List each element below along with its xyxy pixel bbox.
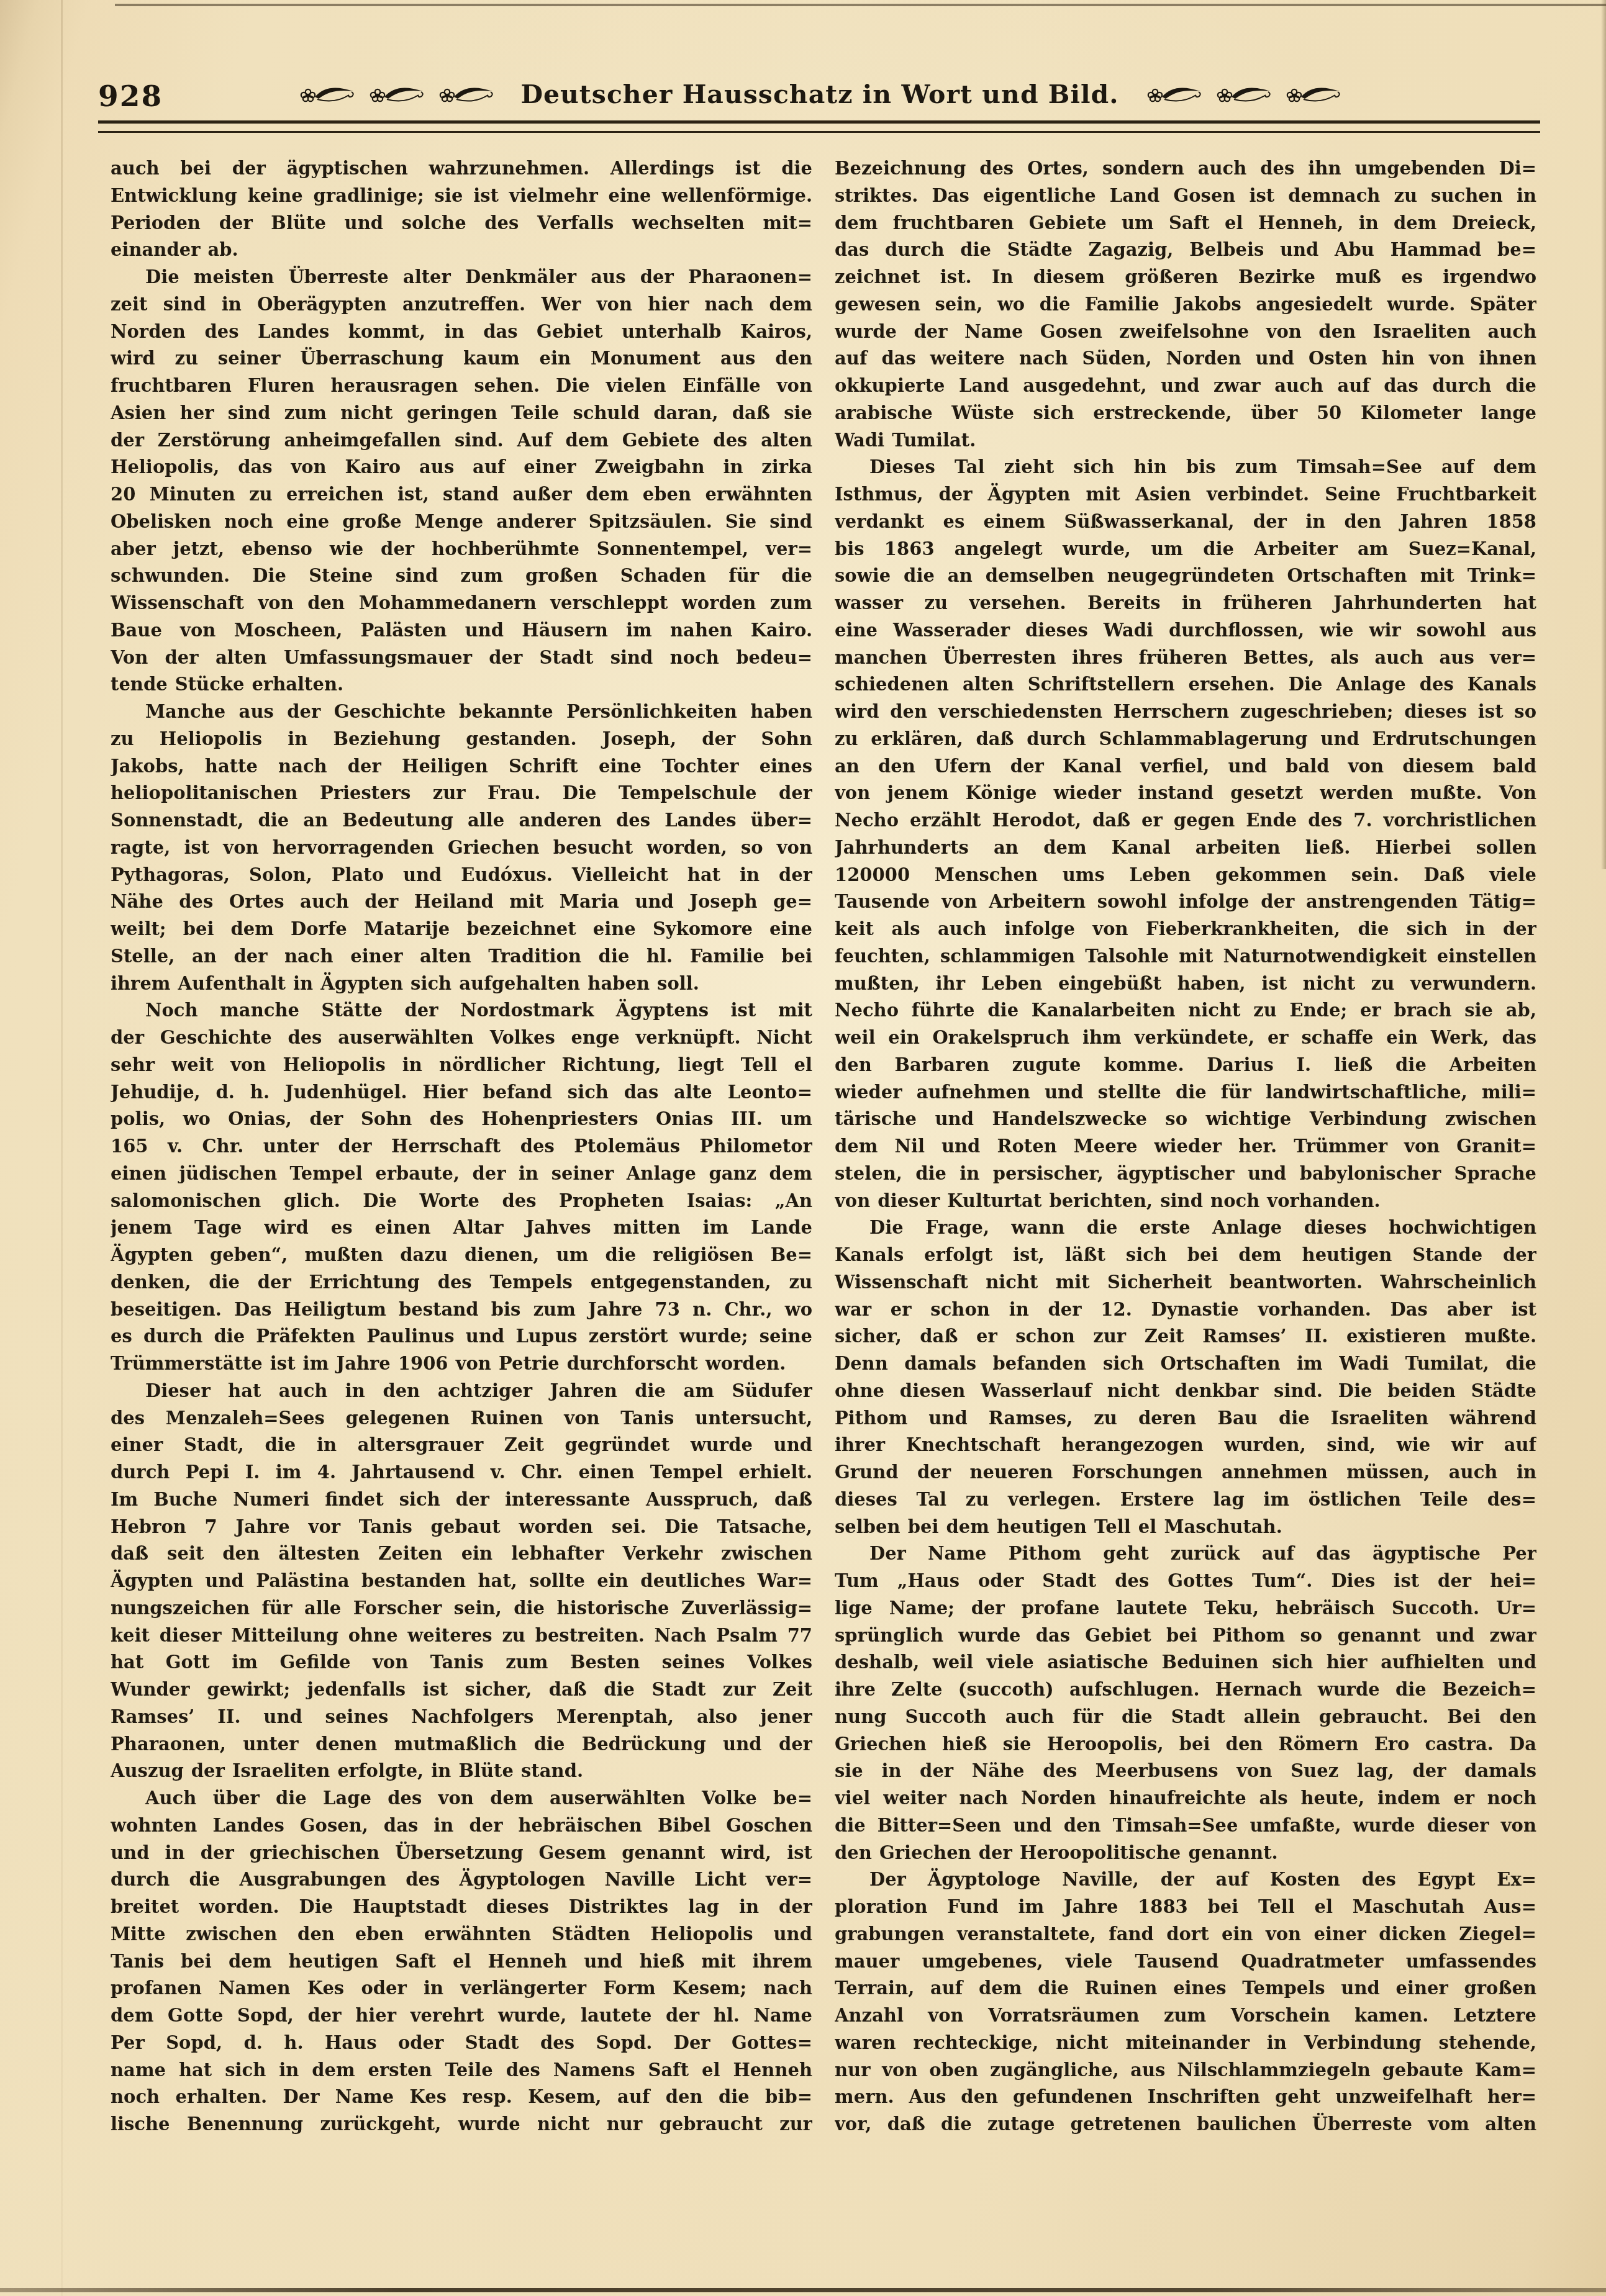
scan-edge-bottom — [0, 2288, 1606, 2292]
text-line: dem fruchtbaren Gebiete um Saft el Henne… — [835, 210, 1536, 237]
text-line: Necho erzählt Herodot, daß er gegen Ende… — [835, 807, 1536, 834]
text-line: 120000 Menschen ums Leben gekommen sein.… — [835, 862, 1536, 889]
text-line: grabungen veranstaltete, fand dort ein v… — [835, 1921, 1536, 1948]
text-line: Pharaonen, unter denen mutmaßlich die Be… — [111, 1731, 812, 1758]
text-line: den Griechen der Heroopolitische genannt… — [835, 1840, 1536, 1867]
text-line: Mitte zwischen den eben erwähnten Städte… — [111, 1921, 812, 1948]
text-line: Jakobs, hatte nach der Heiligen Schrift … — [111, 753, 812, 780]
text-line: 20 Minuten zu erreichen ist, stand außer… — [111, 481, 812, 508]
floral-flourish-icon — [437, 84, 494, 105]
text-line: Von der alten Umfassungsmauer der Stadt … — [111, 644, 812, 672]
text-line: durch die Ausgrabungen des Ägyptologen N… — [111, 1866, 812, 1894]
text-line: wohnten Landes Gosen, das in der hebräis… — [111, 1812, 812, 1840]
text-line: ihrem Aufenthalt in Ägypten sich aufgeha… — [111, 970, 812, 998]
text-line: Auch über die Lage des von dem auserwähl… — [111, 1785, 812, 1812]
text-line: Anzahl von Vorratsräumen zum Vorschein k… — [835, 2002, 1536, 2030]
text-line: durch Pepi I. im 4. Jahrtausend v. Chr. … — [111, 1459, 812, 1486]
text-line: Ramses’ II. und seines Nachfolgers Meren… — [111, 1704, 812, 1731]
floral-flourish-icon — [368, 84, 425, 105]
text-line: Perioden der Blüte und solche des Verfal… — [111, 210, 812, 237]
text-line: wieder aufnehmen und stellte die für lan… — [835, 1079, 1536, 1106]
text-line: striktes. Das eigentliche Land Gosen ist… — [835, 183, 1536, 210]
text-line: nungszeichen für alle Forscher sein, die… — [111, 1595, 812, 1622]
text-line: Pythagoras, Solon, Plato und Eudóxus. Vi… — [111, 862, 812, 889]
text-line: mauer umgebenes, viele Tausend Quadratme… — [835, 1948, 1536, 1976]
text-line: an den Ufern der Kanal verfiel, und bald… — [835, 753, 1536, 780]
text-line: den Barbaren zugute komme. Darius I. lie… — [835, 1052, 1536, 1079]
text-line: Jahrhunderts an dem Kanal arbeiten ließ.… — [835, 834, 1536, 862]
text-line: der Zerstörung anheimgefallen sind. Auf … — [111, 427, 812, 454]
text-line: lige Name; der profane lautete Teku, heb… — [835, 1595, 1536, 1622]
text-line: Heliopolis, das von Kairo aus auf einer … — [111, 454, 812, 481]
text-line: nung Succoth auch für die Stadt allein g… — [835, 1704, 1536, 1731]
text-line: eine Wasserader dieses Wadi durchflossen… — [835, 617, 1536, 644]
text-line: breitet worden. Die Hauptstadt dieses Di… — [111, 1894, 812, 1921]
text-line: wird den verschiedensten Herrschern zuge… — [835, 698, 1536, 726]
text-line: salomonischen glich. Die Worte des Proph… — [111, 1188, 812, 1215]
text-line: Baue von Moscheen, Palästen und Häusern … — [111, 617, 812, 644]
text-line: zeichnet ist. In diesem größeren Bezirke… — [835, 264, 1536, 291]
text-line: ragte, ist von hervorragenden Griechen b… — [111, 834, 812, 862]
text-line: Hebron 7 Jahre vor Tanis gebaut worden s… — [111, 1514, 812, 1541]
text-line: von dieser Kulturtat berichten, sind noc… — [835, 1188, 1536, 1215]
text-line: ihrer Knechtschaft herangezogen wurden, … — [835, 1432, 1536, 1459]
text-line: 165 v. Chr. unter der Herrschaft des Pto… — [111, 1133, 812, 1160]
text-line: nur von oben zugängliche, aus Nilschlamm… — [835, 2057, 1536, 2084]
text-line: waren rechteckige, nicht miteinander in … — [835, 2030, 1536, 2057]
text-line: verdankt es einem Süßwasserkanal, der in… — [835, 508, 1536, 536]
text-line: polis, wo Onias, der Sohn des Hohenpries… — [111, 1106, 812, 1133]
paragraph: Auch über die Lage des von dem auserwähl… — [111, 1785, 812, 2138]
text-line: ploration Fund im Jahre 1883 bei Tell el… — [835, 1894, 1536, 1921]
text-line: Dieser hat auch in den achtziger Jahren … — [111, 1378, 812, 1405]
text-line: ohne diesen Wasserlauf nicht denkbar sin… — [835, 1378, 1536, 1405]
text-line: lische Benennung zurückgeht, wurde nicht… — [111, 2111, 812, 2138]
floral-flourish-icon — [1215, 84, 1272, 105]
text-line: Dieses Tal zieht sich hin bis zum Timsah… — [835, 454, 1536, 481]
paragraph: Dieses Tal zieht sich hin bis zum Timsah… — [835, 454, 1536, 1214]
text-line: es durch die Präfekten Paulinus und Lupu… — [111, 1323, 812, 1350]
text-line: Sonnenstadt, die an Bedeutung alle ander… — [111, 807, 812, 834]
text-line: tärische und Handelszwecke so wichtige V… — [835, 1106, 1536, 1133]
text-line: einander ab. — [111, 237, 812, 264]
text-line: Tum „Haus oder Stadt des Gottes Tum“. Di… — [835, 1568, 1536, 1595]
paragraph: Die meisten Überreste alter Denkmäler au… — [111, 264, 812, 698]
text-line: auf das weitere nach Süden, Norden und O… — [835, 345, 1536, 373]
text-line: Per Sopd, d. h. Haus oder Stadt des Sopd… — [111, 2030, 812, 2057]
text-line: deshalb, weil viele asiatische Beduinen … — [835, 1649, 1536, 1676]
text-line: Stelle, an der nach einer alten Traditio… — [111, 943, 812, 970]
text-line: Griechen hieß sie Heroopolis, bei den Rö… — [835, 1731, 1536, 1758]
text-line: aber jetzt, ebenso wie der hochberühmte … — [111, 536, 812, 563]
text-line: Obelisken noch eine große Menge anderer … — [111, 508, 812, 536]
left-column: auch bei der ägyptischen wahrzunehmen. A… — [111, 155, 812, 2138]
right-column: Bezeichnung des Ortes, sondern auch des … — [835, 155, 1536, 2138]
text-line: Norden des Landes kommt, in das Gebiet u… — [111, 319, 812, 346]
text-line: Der Name Pithom geht zurück auf das ägyp… — [835, 1540, 1536, 1568]
text-line: Manche aus der Geschichte bekannte Persö… — [111, 698, 812, 726]
text-line: Die meisten Überreste alter Denkmäler au… — [111, 264, 812, 291]
paragraph: Bezeichnung des Ortes, sondern auch des … — [835, 155, 1536, 454]
text-line: wasser zu versehen. Bereits in früheren … — [835, 590, 1536, 617]
floral-flourish-icon — [298, 84, 355, 105]
text-line: einer Stadt, die in altersgrauer Zeit ge… — [111, 1432, 812, 1459]
text-line: Wadi Tumilat. — [835, 427, 1536, 454]
text-line: ihre Zelte (succoth) aufschlugen. Hernac… — [835, 1676, 1536, 1704]
text-line: Grund der neueren Forschungen annehmen m… — [835, 1459, 1536, 1486]
text-line: manchen Überresten ihres früheren Bettes… — [835, 644, 1536, 672]
text-line: sicher, daß er schon zur Zeit Ramses’ II… — [835, 1323, 1536, 1350]
header-rule-thick — [98, 120, 1540, 124]
text-line: zu erklären, daß durch Schlammablagerung… — [835, 726, 1536, 753]
text-line: arabische Wüste sich erstreckende, über … — [835, 400, 1536, 427]
text-line: heliopolitanischen Priesters zur Frau. D… — [111, 780, 812, 807]
text-line: Der Ägyptologe Naville, der auf Kosten d… — [835, 1866, 1536, 1894]
paper-crease — [61, 0, 63, 2296]
paragraph: Dieser hat auch in den achtziger Jahren … — [111, 1378, 812, 1785]
text-line: Ägypten geben“, mußten dazu dienen, um d… — [111, 1242, 812, 1269]
text-line: mußten, ihr Leben eingebüßt haben, ist n… — [835, 970, 1536, 998]
paragraph: Die Frage, wann die erste Anlage dieses … — [835, 1214, 1536, 1540]
text-line: Im Buche Numeri findet sich der interess… — [111, 1486, 812, 1514]
text-line: keit als auch infolge von Fieberkrankhei… — [835, 916, 1536, 943]
text-line: der Geschichte des auserwählten Volkes e… — [111, 1024, 812, 1052]
text-line: zu Heliopolis in Beziehung gestanden. Jo… — [111, 726, 812, 753]
paragraph: Noch manche Stätte der Nordostmark Ägypt… — [111, 997, 812, 1378]
masthead: Deutscher Hausschatz in Wort und Bild. — [99, 72, 1540, 117]
paragraph: auch bei der ägyptischen wahrzunehmen. A… — [111, 155, 812, 264]
text-line: Noch manche Stätte der Nordostmark Ägypt… — [111, 997, 812, 1024]
text-line: tende Stücke erhalten. — [111, 671, 812, 698]
text-line: Denn damals befanden sich Ortschaften im… — [835, 1350, 1536, 1378]
scanned-magazine-page: { "header": { "page_number": "928", "tit… — [0, 0, 1606, 2296]
text-line: dieses Tal zu verlegen. Erstere lag im ö… — [835, 1486, 1536, 1514]
text-line: Entwicklung keine gradlinige; sie ist vi… — [111, 183, 812, 210]
text-line: stelen, die in persischer, ägyptischer u… — [835, 1160, 1536, 1188]
text-line: zeit sind in Oberägypten anzutreffen. We… — [111, 291, 812, 319]
text-line: weilt; bei dem Dorfe Matarije bezeichnet… — [111, 916, 812, 943]
text-line: Trümmerstätte ist im Jahre 1906 von Petr… — [111, 1350, 812, 1378]
text-line: des Menzaleh=Sees gelegenen Ruinen von T… — [111, 1405, 812, 1432]
text-line: vor, daß die zutage getretenen baulichen… — [835, 2111, 1536, 2138]
text-line: war er schon in der 12. Dynastie vorhand… — [835, 1296, 1536, 1324]
masthead-title: Deutscher Hausschatz in Wort und Bild. — [520, 79, 1118, 109]
text-line: selben bei dem heutigen Tell el Maschuta… — [835, 1514, 1536, 1541]
text-line: Die Frage, wann die erste Anlage dieses … — [835, 1214, 1536, 1242]
text-line: von jenem Könige wieder instand gesetzt … — [835, 780, 1536, 807]
text-line: bis 1863 angelegt wurde, um die Arbeiter… — [835, 536, 1536, 563]
text-line: feuchten, schlammigen Talsohle mit Natur… — [835, 943, 1536, 970]
text-line: viel weiter nach Norden hinaufreichte al… — [835, 1785, 1536, 1812]
text-line: schiedenen alten Schriftstellern ersehen… — [835, 671, 1536, 698]
text-line: okkupierte Land ausgedehnt, und zwar auc… — [835, 373, 1536, 400]
text-line: schwunden. Die Steine sind zum großen Sc… — [111, 563, 812, 590]
text-line: und in der griechischen Übersetzung Gese… — [111, 1840, 812, 1867]
text-line: Wissenschaft von den Mohammedanern versc… — [111, 590, 812, 617]
text-line: Pithom und Ramses, zu deren Bau die Isra… — [835, 1405, 1536, 1432]
text-line: dem Nil und Roten Meere wieder her. Trüm… — [835, 1133, 1536, 1160]
text-line: profanen Namen Kes oder in verlängerter … — [111, 1975, 812, 2002]
text-line: Ägypten und Palästina bestanden hat, sol… — [111, 1568, 812, 1595]
text-line: gewesen sein, wo die Familie Jakobs ange… — [835, 291, 1536, 319]
text-line: Necho führte die Kanalarbeiten nicht zu … — [835, 997, 1536, 1024]
text-line: fruchtbaren Fluren herausragen sehen. Di… — [111, 373, 812, 400]
text-line: Auszug der Israeliten erfolgte, in Blüte… — [111, 1758, 812, 1785]
floral-flourish-icon — [1145, 84, 1202, 105]
header-rule-thin — [98, 131, 1540, 133]
text-line: daß seit den ältesten Zeiten ein lebhaft… — [111, 1540, 812, 1568]
text-line: sprünglich wurde das Gebiet bei Pithom s… — [835, 1622, 1536, 1650]
text-line: hat Gott im Gefilde von Tanis zum Besten… — [111, 1649, 812, 1676]
text-line: Wunder gewirkt; jedenfalls ist sicher, d… — [111, 1676, 812, 1704]
text-line: Asien her sind zum nicht geringen Teile … — [111, 400, 812, 427]
paragraph: Der Name Pithom geht zurück auf das ägyp… — [835, 1540, 1536, 1866]
text-line: dem Gotte Sopd, der hier verehrt wurde, … — [111, 2002, 812, 2030]
text-line: Jehudije, d. h. Judenhügel. Hier befand … — [111, 1079, 812, 1106]
text-line: Nähe des Ortes auch der Heiland mit Mari… — [111, 888, 812, 916]
text-line: einen jüdischen Tempel erbaute, der in s… — [111, 1160, 812, 1188]
paragraph: Der Ägyptologe Naville, der auf Kosten d… — [835, 1866, 1536, 2138]
text-line: noch erhalten. Der Name Kes resp. Kesem,… — [111, 2084, 812, 2111]
text-line: name hat sich in dem ersten Teile des Na… — [111, 2057, 812, 2084]
text-line: Tanis bei dem heutigen Saft el Henneh un… — [111, 1948, 812, 1976]
text-line: Terrain, auf dem die Ruinen eines Tempel… — [835, 1975, 1536, 2002]
text-line: jenem Tage wird es einen Altar Jahves mi… — [111, 1214, 812, 1242]
text-line: sie in der Nähe des Meerbusens von Suez … — [835, 1758, 1536, 1785]
text-line: sehr weit von Heliopolis in nördlicher R… — [111, 1052, 812, 1079]
text-line: keit dieser Mitteilung ohne weiteres zu … — [111, 1622, 812, 1650]
text-line: denken, die der Errichtung des Tempels e… — [111, 1269, 812, 1296]
text-line: Wissenschaft nicht mit Sicherheit beantw… — [835, 1269, 1536, 1296]
floral-flourish-icon — [1284, 84, 1341, 105]
text-line: auch bei der ägyptischen wahrzunehmen. A… — [111, 155, 812, 183]
text-line: weil ein Orakelspruch ihm verkündete, er… — [835, 1024, 1536, 1052]
scan-edge-right — [1601, 0, 1606, 869]
scan-edge-top — [115, 4, 1606, 6]
text-line: mern. Aus den gefundenen Inschriften geh… — [835, 2084, 1536, 2111]
text-line: Kanals erfolgt ist, läßt sich bei dem he… — [835, 1242, 1536, 1269]
text-line: die Bitter=Seen und den Timsah=See umfaß… — [835, 1812, 1536, 1840]
text-line: Bezeichnung des Ortes, sondern auch des … — [835, 155, 1536, 183]
text-line: beseitigen. Das Heiligtum bestand bis zu… — [111, 1296, 812, 1324]
text-line: Tausende von Arbeitern sowohl infolge de… — [835, 888, 1536, 916]
paragraph: Manche aus der Geschichte bekannte Persö… — [111, 698, 812, 997]
text-line: das durch die Städte Zagazig, Belbeis un… — [835, 237, 1536, 264]
text-line: Isthmus, der Ägypten mit Asien verbindet… — [835, 481, 1536, 508]
text-line: wurde der Name Gosen zweifelsohne von de… — [835, 319, 1536, 346]
text-line: sowie die an demselben neugegründeten Or… — [835, 563, 1536, 590]
text-line: wird zu seiner Überraschung kaum ein Mon… — [111, 345, 812, 373]
